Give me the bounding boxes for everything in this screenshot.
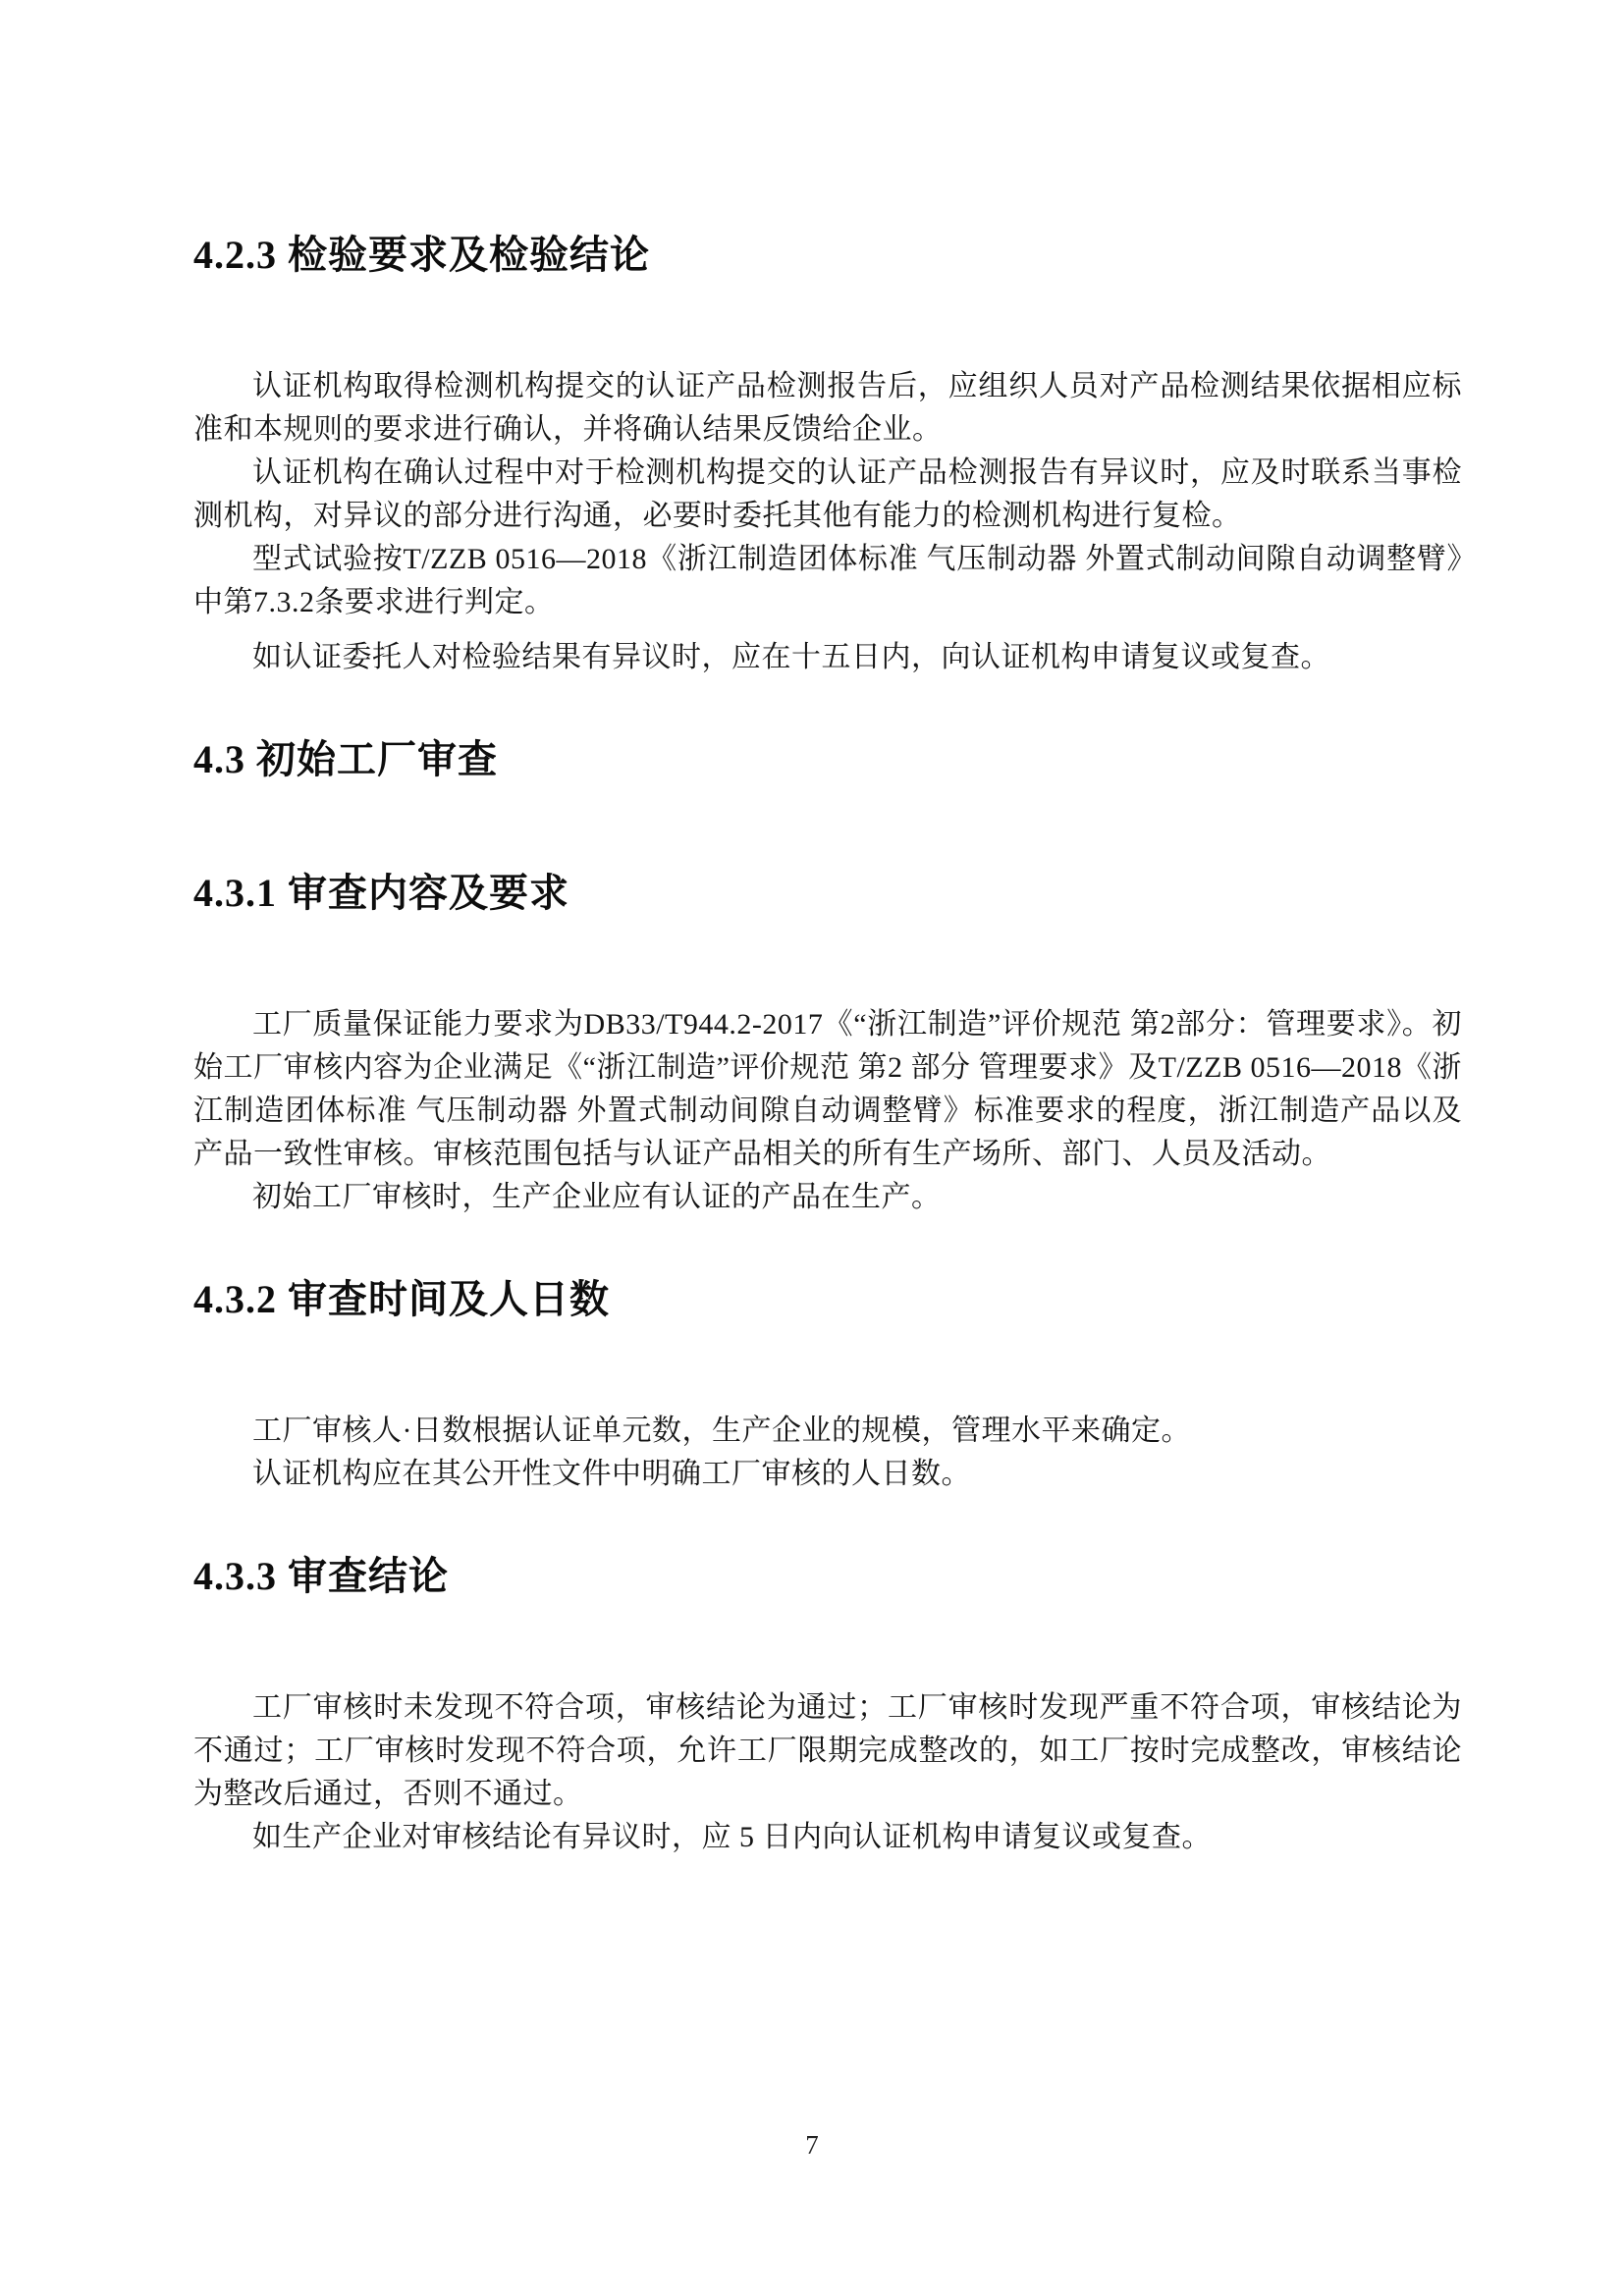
document-page: 4.2.3 检验要求及检验结论 认证机构取得检测机构提交的认证产品检测报告后，应… [0,0,1624,2296]
paragraph: 认证机构取得检测机构提交的认证产品检测报告后，应组织人员对产品检测结果依据相应标… [193,365,1462,452]
page-number: 7 [0,2128,1624,2162]
paragraph: 初始工厂审核时，生产企业应有认证的产品在生产。 [193,1176,1462,1219]
paragraph: 工厂审核人·日数根据认证单元数，生产企业的规模，管理水平来确定。 [193,1410,1462,1453]
section-heading-4-3-2: 4.3.2 审查时间及人日数 [193,1276,1462,1323]
paragraph: 型式试验按T/ZZB 0516—2018《浙江制造团体标准 气压制动器 外置式制… [193,538,1462,624]
paragraph: 如认证委托人对检验结果有异议时，应在十五日内，向认证机构申请复议或复查。 [193,636,1462,679]
section-heading-4-2-3: 4.2.3 检验要求及检验结论 [193,232,1462,279]
section-heading-4-3-1: 4.3.1 审查内容及要求 [193,870,1462,917]
paragraph: 认证机构应在其公开性文件中明确工厂审核的人日数。 [193,1453,1462,1496]
paragraph: 工厂审核时未发现不符合项，审核结论为通过；工厂审核时发现严重不符合项，审核结论为… [193,1686,1462,1816]
paragraph: 如生产企业对审核结论有异议时，应 5 日内向认证机构申请复议或复查。 [193,1816,1462,1859]
section-heading-4-3: 4.3 初始工厂审查 [193,736,1462,783]
paragraph: 认证机构在确认过程中对于检测机构提交的认证产品检测报告有异议时，应及时联系当事检… [193,452,1462,538]
paragraph: 工厂质量保证能力要求为DB33/T944.2-2017《“浙江制造”评价规范 第… [193,1003,1462,1176]
section-heading-4-3-3: 4.3.3 审查结论 [193,1553,1462,1600]
